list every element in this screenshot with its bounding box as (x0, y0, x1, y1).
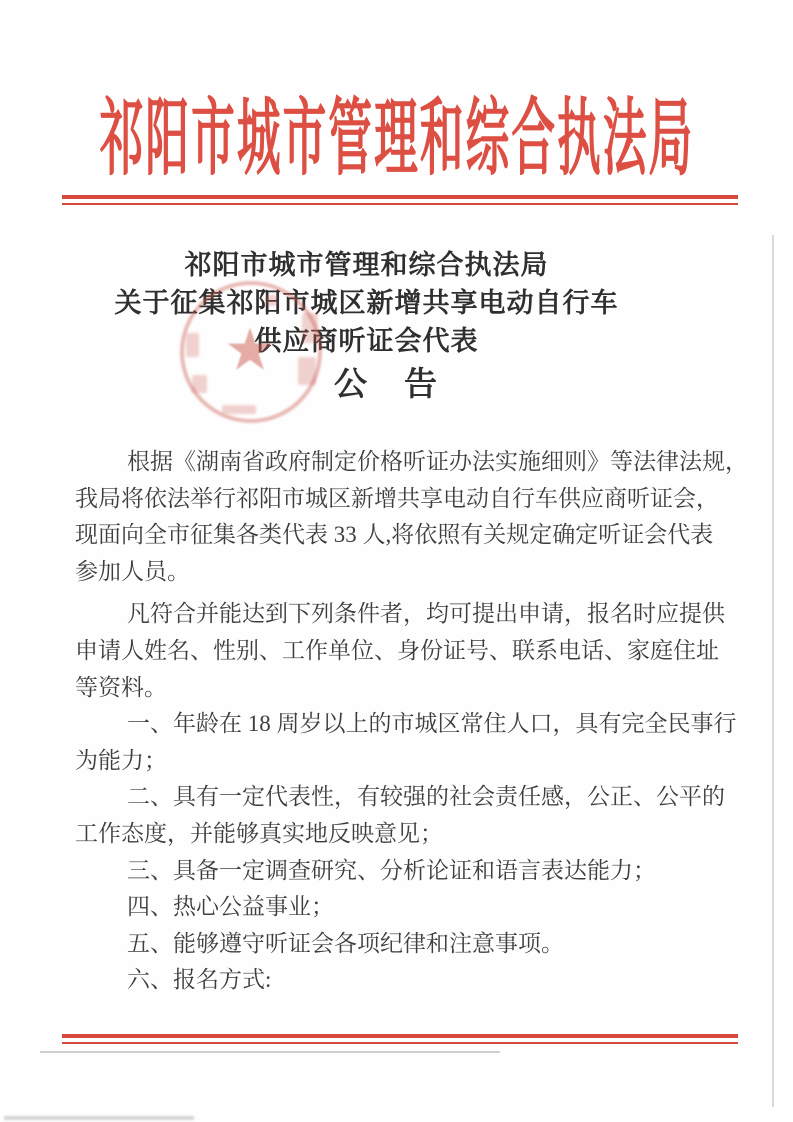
text-line: 凡符合并能达到下列条件者，均可提出申请，报名时应提供 (75, 596, 765, 633)
text-line: 四、热心公益事业； (75, 889, 765, 926)
seal-speckle (266, 295, 277, 306)
condition-item-2: 二、具有一定代表性，有较强的社会责任感，公正、公平的 工作态度，并能够真实地反映… (75, 779, 765, 852)
seal-star-icon: ★ (224, 321, 276, 379)
footer-rule-thin (62, 1042, 738, 1044)
text-line: 根据《湖南省政府制定价格听证办法实施细则》等法律法规， (75, 444, 765, 481)
condition-item-4: 四、热心公益事业； (75, 889, 765, 926)
text-line: 申请人姓名、性别、工作单位、身份证号、联系电话、家庭住址 (75, 633, 765, 670)
seal-speckle (302, 313, 318, 343)
letterhead-title: 祁阳市城市管理和综合执法局 (99, 98, 694, 182)
condition-item-1: 一、年龄在 18 周岁以上的市城区常住人口，具有完全民事行 为能力； (75, 706, 765, 779)
seal-speckle (186, 333, 199, 357)
document-title: 祁阳市城市管理和综合执法局 关于征集祁阳市城区新增共享电动自行车 供应商听证会代… (0, 246, 793, 404)
text-line: 六、报名方式: (75, 962, 765, 999)
seal-speckle (298, 357, 316, 385)
paragraph-eligibility: 凡符合并能达到下列条件者，均可提出申请，报名时应提供 申请人姓名、性别、工作单位… (75, 596, 765, 706)
text-line: 现面向全市征集各类代表 33 人,将依照有关规定确定听证会代表 (75, 517, 765, 554)
condition-item-3: 三、具备一定调查研究、分析论证和语言表达能力； (75, 853, 765, 890)
title-line-1: 祁阳市城市管理和综合执法局 (0, 246, 763, 284)
header-rule-thick (62, 195, 738, 199)
seal-speckle (222, 405, 256, 414)
announcement-heading: 公 告 (0, 364, 783, 404)
scanned-document-page: 祁阳市城市管理和综合执法局 祁阳市城市管理和综合执法局 关于征集祁阳市城区新增共… (0, 0, 793, 1122)
text-line: 工作态度，并能够真实地反映意见； (75, 816, 765, 853)
seal-speckle (192, 375, 207, 393)
scan-smudge (4, 1116, 194, 1120)
text-line: 三、具备一定调查研究、分析论证和语言表达能力； (75, 853, 765, 890)
document-body: 根据《湖南省政府制定价格听证办法实施细则》等法律法规， 我局将依法举行祁阳市城区… (75, 444, 765, 999)
text-line: 一、年龄在 18 周岁以上的市城区常住人口，具有完全民事行 (75, 706, 765, 743)
item-signup-method: 六、报名方式: (75, 962, 765, 999)
header-rule-thin (62, 203, 738, 205)
text-line: 为能力； (75, 743, 765, 780)
text-line: 五、能够遵守听证会各项纪律和注意事项。 (75, 926, 765, 963)
title-line-3: 供应商听证会代表 (0, 322, 763, 360)
text-line: 等资料。 (75, 670, 765, 707)
text-line: 我局将依法举行祁阳市城区新增共享电动自行车供应商听证会， (75, 481, 765, 518)
footer-rule-thick (62, 1034, 738, 1038)
official-seal: ★ (180, 281, 322, 423)
condition-item-5: 五、能够遵守听证会各项纪律和注意事项。 (75, 926, 765, 963)
scan-edge-line (772, 235, 774, 1107)
paragraph-intro: 根据《湖南省政府制定价格听证办法实施细则》等法律法规， 我局将依法举行祁阳市城区… (75, 444, 765, 590)
scan-artifact-line (40, 1051, 500, 1053)
text-line: 二、具有一定代表性，有较强的社会责任感，公正、公平的 (75, 779, 765, 816)
text-line: 参加人员。 (75, 554, 765, 591)
letterhead-banner: 祁阳市城市管理和综合执法局 (0, 88, 793, 192)
title-line-2: 关于征集祁阳市城区新增共享电动自行车 (0, 284, 763, 322)
